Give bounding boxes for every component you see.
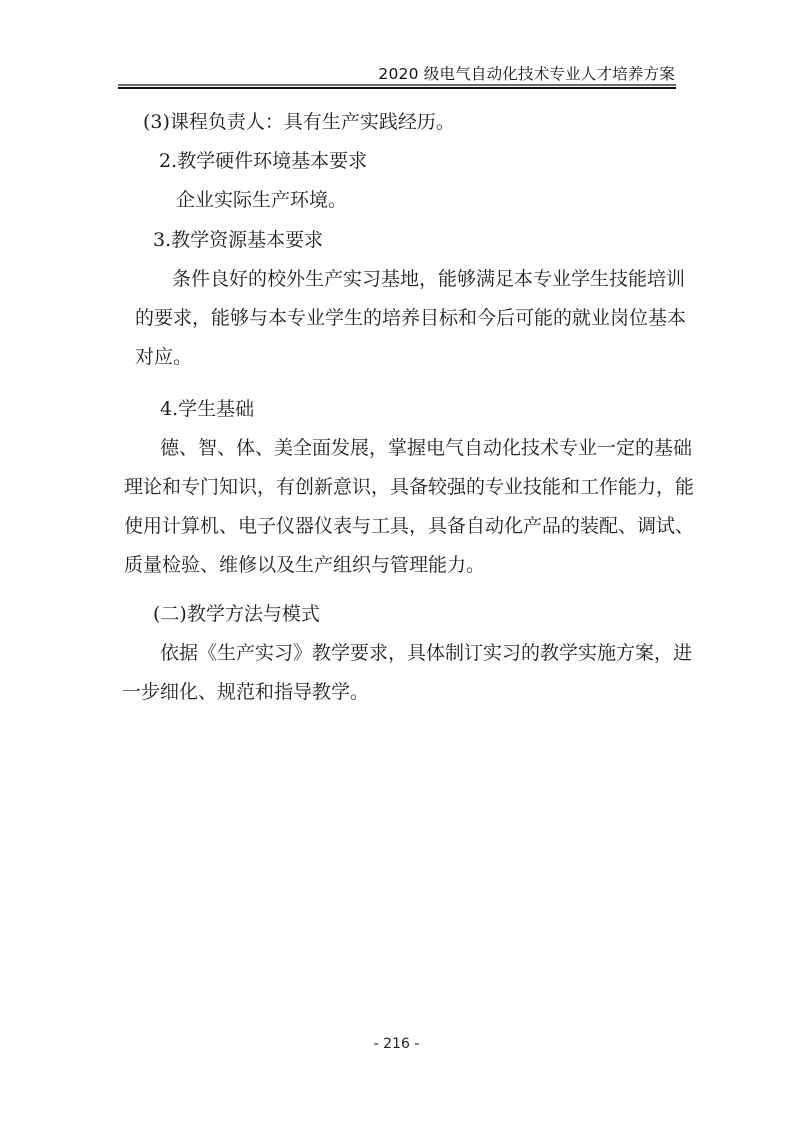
paragraph-line: 使用计算机、电子仪器仪表与工具，具备自动化产品的装配、调试、 — [124, 514, 672, 538]
section-heading-hardware: 2.教学硬件环境基本要求 — [159, 149, 367, 173]
paragraph-line: 条件良好的校外生产实习基地，能够满足本专业学生技能培训 — [172, 267, 672, 291]
paragraph-line: 质量检验、维修以及生产组织与管理能力。 — [124, 553, 485, 577]
section-heading-student-basis: 4.学生基础 — [160, 397, 254, 421]
header-double-rule — [118, 84, 676, 89]
paragraph-line: 的要求，能够与本专业学生的培养目标和今后可能的就业岗位基本 — [135, 306, 672, 330]
section-text-hardware: 企业实际生产环境。 — [176, 188, 347, 212]
part-heading-teaching-methods: (二)教学方法与模式 — [153, 602, 320, 626]
paragraph-line: 一步细化、规范和指导教学。 — [122, 680, 369, 704]
section-heading-resources: 3.教学资源基本要求 — [153, 228, 323, 252]
paragraph-line: 依据《生产实习》教学要求，具体制订实习的教学实施方案，进 — [160, 641, 672, 665]
paragraph-line: 德、智、体、美全面发展，掌握电气自动化技术专业一定的基础 — [160, 436, 672, 460]
paragraph-line: 理论和专门知识，有创新意识，具备较强的专业技能和工作能力，能 — [124, 475, 672, 499]
paragraph-line: 对应。 — [135, 345, 192, 369]
document-title: 2020 级电气自动化技术专业人才培养方案 — [378, 62, 675, 84]
course-lead-requirement: (3)课程负责人：具有生产实践经历。 — [143, 110, 455, 134]
page-number: - 216 - — [0, 1036, 793, 1052]
